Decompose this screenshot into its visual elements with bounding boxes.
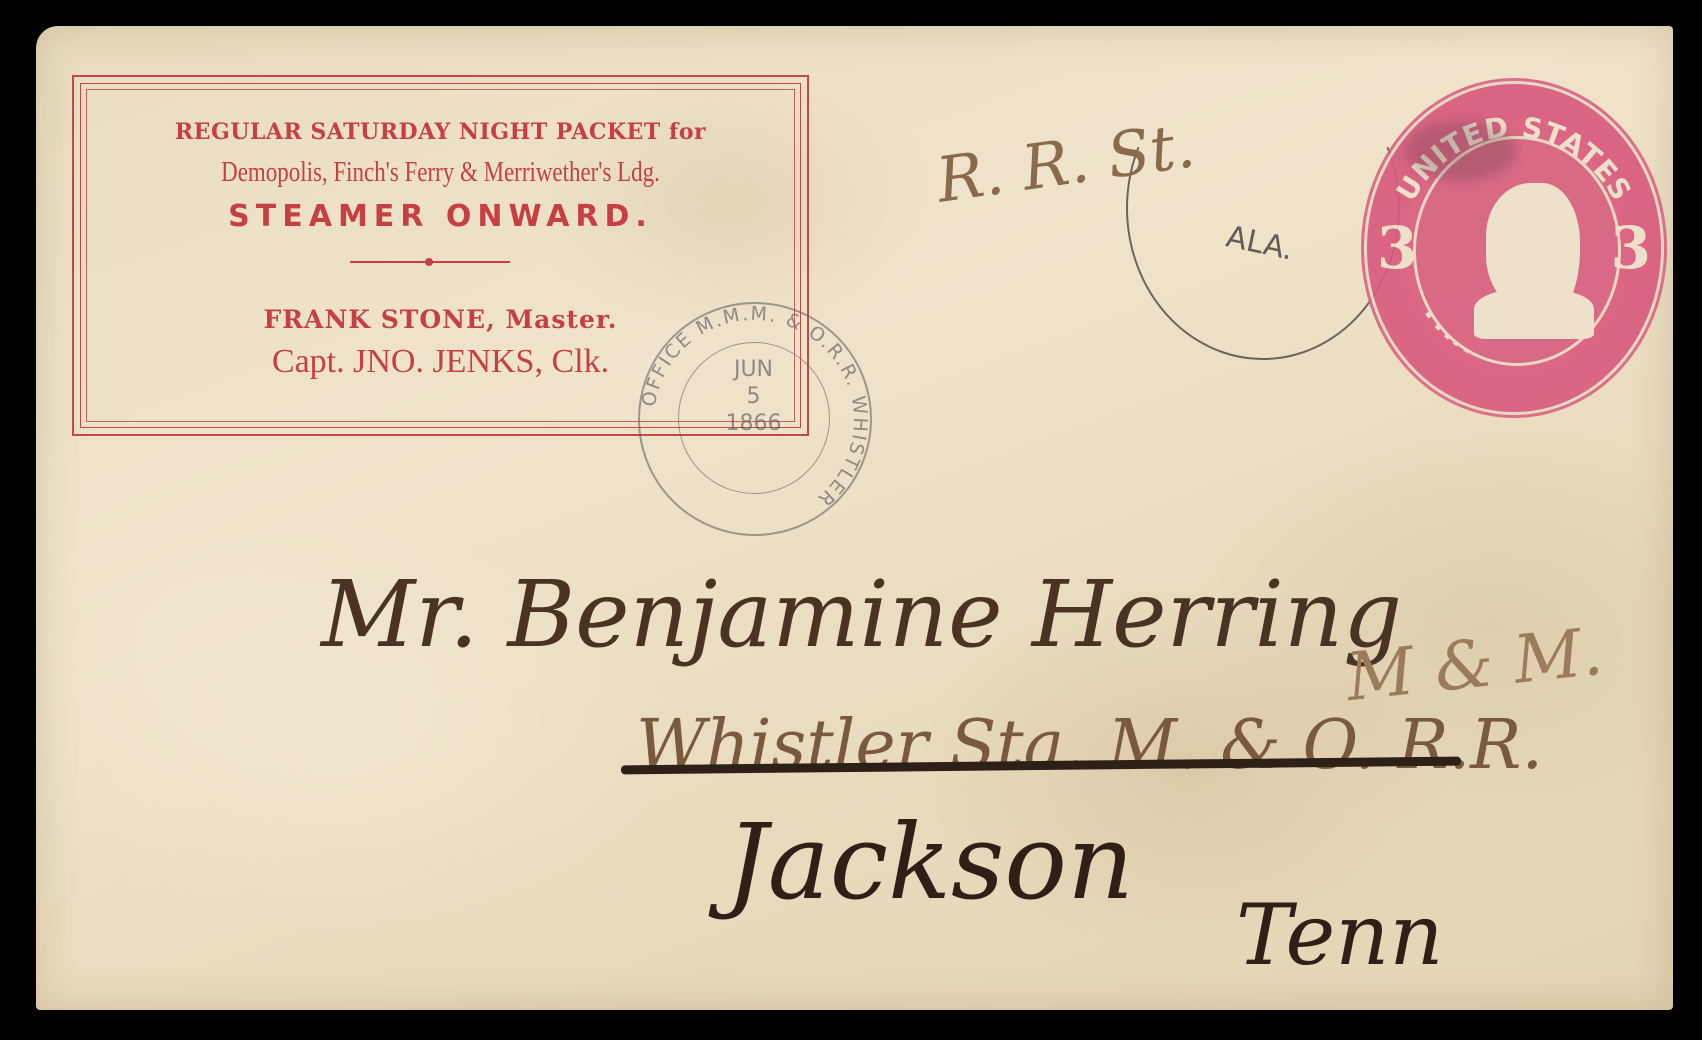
svg-text:OFFICE M.M.M. & O.R.R. WHISTLE: OFFICE M.M.M. & O.R.R. WHISTLER xyxy=(638,303,872,512)
card-line-route: Demopolis, Finch's Ferry & Merriwether's… xyxy=(140,157,741,189)
address-addressee: Mr. Benjamine Herring xyxy=(321,561,1402,668)
three-cent-embossed-stamp: UNITED STATES THREE CENTS 3 3 xyxy=(1367,84,1661,412)
card-line-packet: REGULAR SATURDAY NIGHT PACKET for xyxy=(74,119,807,145)
address-crossed-out-line: Whistler Sta. M. & O. R.R. xyxy=(636,706,1543,785)
envelope: REGULAR SATURDAY NIGHT PACKET for Demopo… xyxy=(36,26,1673,1010)
stamp-denomination-left: 3 xyxy=(1377,214,1417,282)
stamp-denomination-right: 3 xyxy=(1611,214,1651,282)
stamp-cancel-smudge xyxy=(1406,121,1516,181)
bust-shape xyxy=(1474,289,1594,339)
ornamental-rule xyxy=(350,261,510,263)
address-state: Tenn xyxy=(1236,886,1443,984)
ala-postmark-ring xyxy=(1126,56,1400,360)
card-line-steamer: STEAMER ONWARD. xyxy=(74,199,807,234)
address-city: Jackson xyxy=(726,801,1134,923)
railroad-postmark-ring-text: OFFICE M.M.M. & O.R.R. WHISTLER xyxy=(636,302,872,538)
